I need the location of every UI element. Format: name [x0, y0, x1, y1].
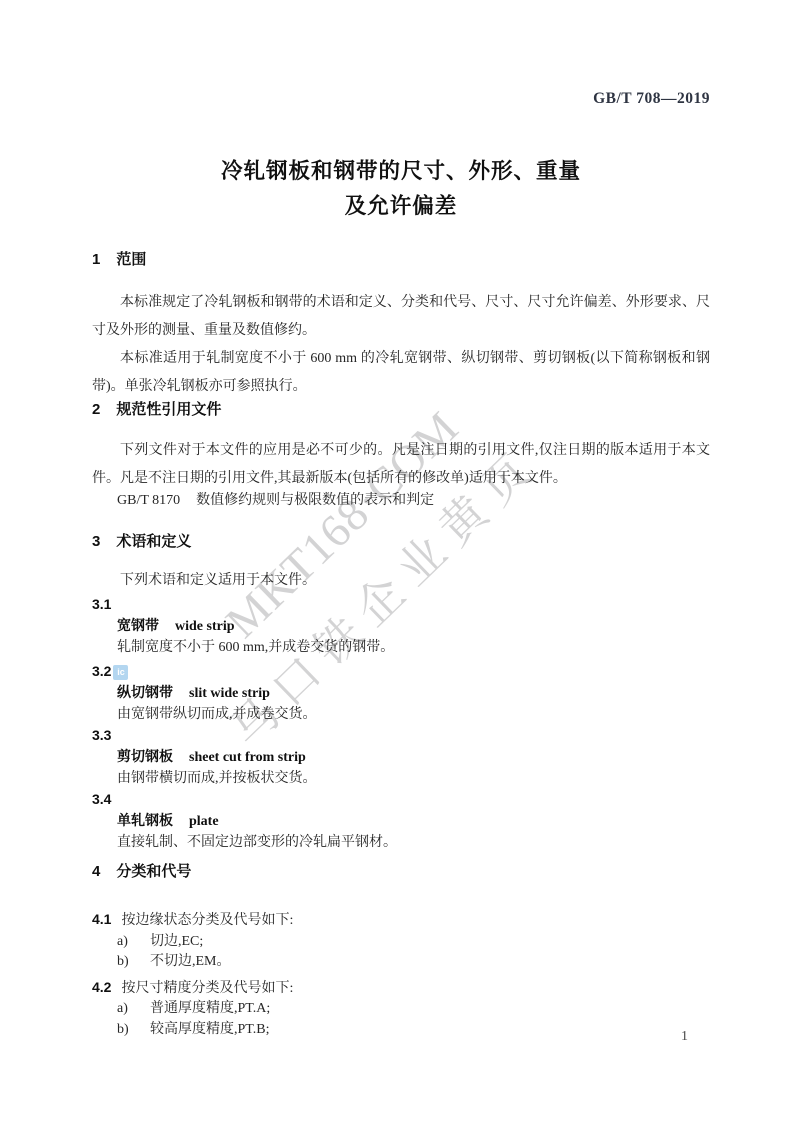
clause-4-1-text: 按边缘状态分类及代号如下:: [121, 913, 293, 928]
list-item-marker: a): [117, 932, 150, 953]
term-3-1-number: 3.1: [92, 594, 710, 615]
clause-4-1: 4.1按边缘状态分类及代号如下: a)切边,EC; b)不切边,EM。: [92, 909, 710, 973]
term-3-1-english: wide strip: [175, 619, 235, 634]
clause-4-1-heading: 4.1按边缘状态分类及代号如下:: [92, 909, 710, 932]
section-3-heading: 3术语和定义: [92, 531, 710, 553]
section-4-heading: 4分类和代号: [92, 861, 710, 883]
term-3-2-english: slit wide strip: [189, 686, 270, 701]
term-3-1: 3.1 宽钢带wide strip 轧制宽度不小于 600 mm,并成卷交货的钢…: [92, 594, 710, 658]
term-3-3-number: 3.3: [92, 725, 710, 746]
term-3-4-name: 单轧钢板plate: [92, 810, 710, 832]
referenced-standard-code: GB/T 8170: [117, 493, 180, 508]
document-title-line2: 及允许偏差: [92, 189, 710, 224]
clause-4-1-number: 4.1: [92, 911, 111, 927]
document-page: MKT168·COM 马口铁企业黄页 GB/T 708—2019 冷轧钢板和钢带…: [0, 0, 793, 1122]
term-3-2-definition: 由宽钢带纵切而成,并成卷交货。: [92, 704, 710, 725]
list-item: a)普通厚度精度,PT.A;: [92, 999, 710, 1020]
section-1-title: 范围: [116, 251, 146, 268]
section-2-heading: 2规范性引用文件: [92, 399, 710, 421]
clause-4-2-heading: 4.2按尺寸精度分类及代号如下:: [92, 977, 710, 1000]
term-3-2: 3.2ic 纵切钢带slit wide strip 由宽钢带纵切而成,并成卷交货…: [92, 661, 710, 725]
section-4-title: 分类和代号: [116, 863, 191, 880]
list-item: a)切边,EC;: [92, 932, 710, 953]
term-3-3-chinese: 剪切钢板: [117, 748, 173, 764]
term-3-1-definition: 轧制宽度不小于 600 mm,并成卷交货的钢带。: [92, 637, 710, 658]
term-3-3-english: sheet cut from strip: [189, 750, 306, 765]
term-3-4-definition: 直接轧制、不固定边部变形的冷轧扁平钢材。: [92, 832, 710, 853]
page-content: 冷轧钢板和钢带的尺寸、外形、重量 及允许偏差 1范围 本标准规定了冷轧钢板和钢带…: [92, 0, 710, 1122]
section-1-heading: 1范围: [92, 249, 710, 271]
normative-ref-paragraph: 下列文件对于本文件的应用是必不可少的。凡是注日期的引用文件,仅注日期的版本适用于…: [92, 437, 710, 493]
term-3-3-definition: 由钢带横切而成,并按板状交货。: [92, 768, 710, 789]
list-item-text: 较高厚度精度,PT.B;: [150, 1022, 270, 1037]
term-3-1-chinese: 宽钢带: [117, 617, 159, 633]
list-item-text: 不切边,EM。: [150, 954, 231, 969]
clause-4-2: 4.2按尺寸精度分类及代号如下: a)普通厚度精度,PT.A; b)较高厚度精度…: [92, 977, 710, 1041]
classification-list: 4.1按边缘状态分类及代号如下: a)切边,EC; b)不切边,EM。 4.2按…: [92, 909, 710, 1040]
term-3-4-number: 3.4: [92, 789, 710, 810]
section-3-number: 3: [92, 533, 100, 550]
term-3-4: 3.4 单轧钢板plate 直接轧制、不固定边部变形的冷轧扁平钢材。: [92, 789, 710, 853]
list-item-text: 普通厚度精度,PT.A;: [150, 1001, 270, 1016]
term-3-2-number-text: 3.2: [92, 663, 111, 679]
document-title: 冷轧钢板和钢带的尺寸、外形、重量 及允许偏差: [92, 154, 710, 224]
term-3-2-number: 3.2ic: [92, 661, 710, 682]
clause-4-2-text: 按尺寸精度分类及代号如下:: [121, 981, 293, 996]
annotation-badge-label: ic: [117, 667, 125, 677]
scope-paragraph-2: 本标准适用于轧制宽度不小于 600 mm 的冷轧宽钢带、纵切钢带、剪切钢板(以下…: [92, 345, 710, 401]
list-item-marker: b): [117, 952, 150, 973]
clause-4-2-number: 4.2: [92, 979, 111, 995]
terms-intro: 下列术语和定义适用于本文件。: [92, 567, 710, 595]
referenced-standard-title: 数值修约规则与极限数值的表示和判定: [196, 493, 434, 508]
term-3-4-chinese: 单轧钢板: [117, 812, 173, 828]
section-2-title: 规范性引用文件: [116, 401, 221, 418]
list-item-marker: b): [117, 1020, 150, 1041]
section-4-number: 4: [92, 863, 100, 880]
scope-paragraph-1: 本标准规定了冷轧钢板和钢带的术语和定义、分类和代号、尺寸、尺寸允许偏差、外形要求…: [92, 289, 710, 345]
term-3-2-name: 纵切钢带slit wide strip: [92, 682, 710, 704]
term-3-2-chinese: 纵切钢带: [117, 684, 173, 700]
referenced-standard: GB/T 8170数值修约规则与极限数值的表示和判定: [92, 490, 710, 511]
list-item: b)较高厚度精度,PT.B;: [92, 1020, 710, 1041]
page-number: 1: [681, 1029, 688, 1045]
term-3-4-english: plate: [189, 814, 219, 829]
list-item-marker: a): [117, 999, 150, 1020]
section-1-number: 1: [92, 251, 100, 268]
document-title-line1: 冷轧钢板和钢带的尺寸、外形、重量: [92, 154, 710, 189]
list-item-text: 切边,EC;: [150, 934, 203, 949]
section-2-number: 2: [92, 401, 100, 418]
section-3-title: 术语和定义: [116, 533, 191, 550]
annotation-badge-icon[interactable]: ic: [113, 665, 128, 680]
term-3-3-name: 剪切钢板sheet cut from strip: [92, 746, 710, 768]
list-item: b)不切边,EM。: [92, 952, 710, 973]
term-3-1-name: 宽钢带wide strip: [92, 615, 710, 637]
term-3-3: 3.3 剪切钢板sheet cut from strip 由钢带横切而成,并按板…: [92, 725, 710, 789]
terms-list: 3.1 宽钢带wide strip 轧制宽度不小于 600 mm,并成卷交货的钢…: [92, 594, 710, 853]
